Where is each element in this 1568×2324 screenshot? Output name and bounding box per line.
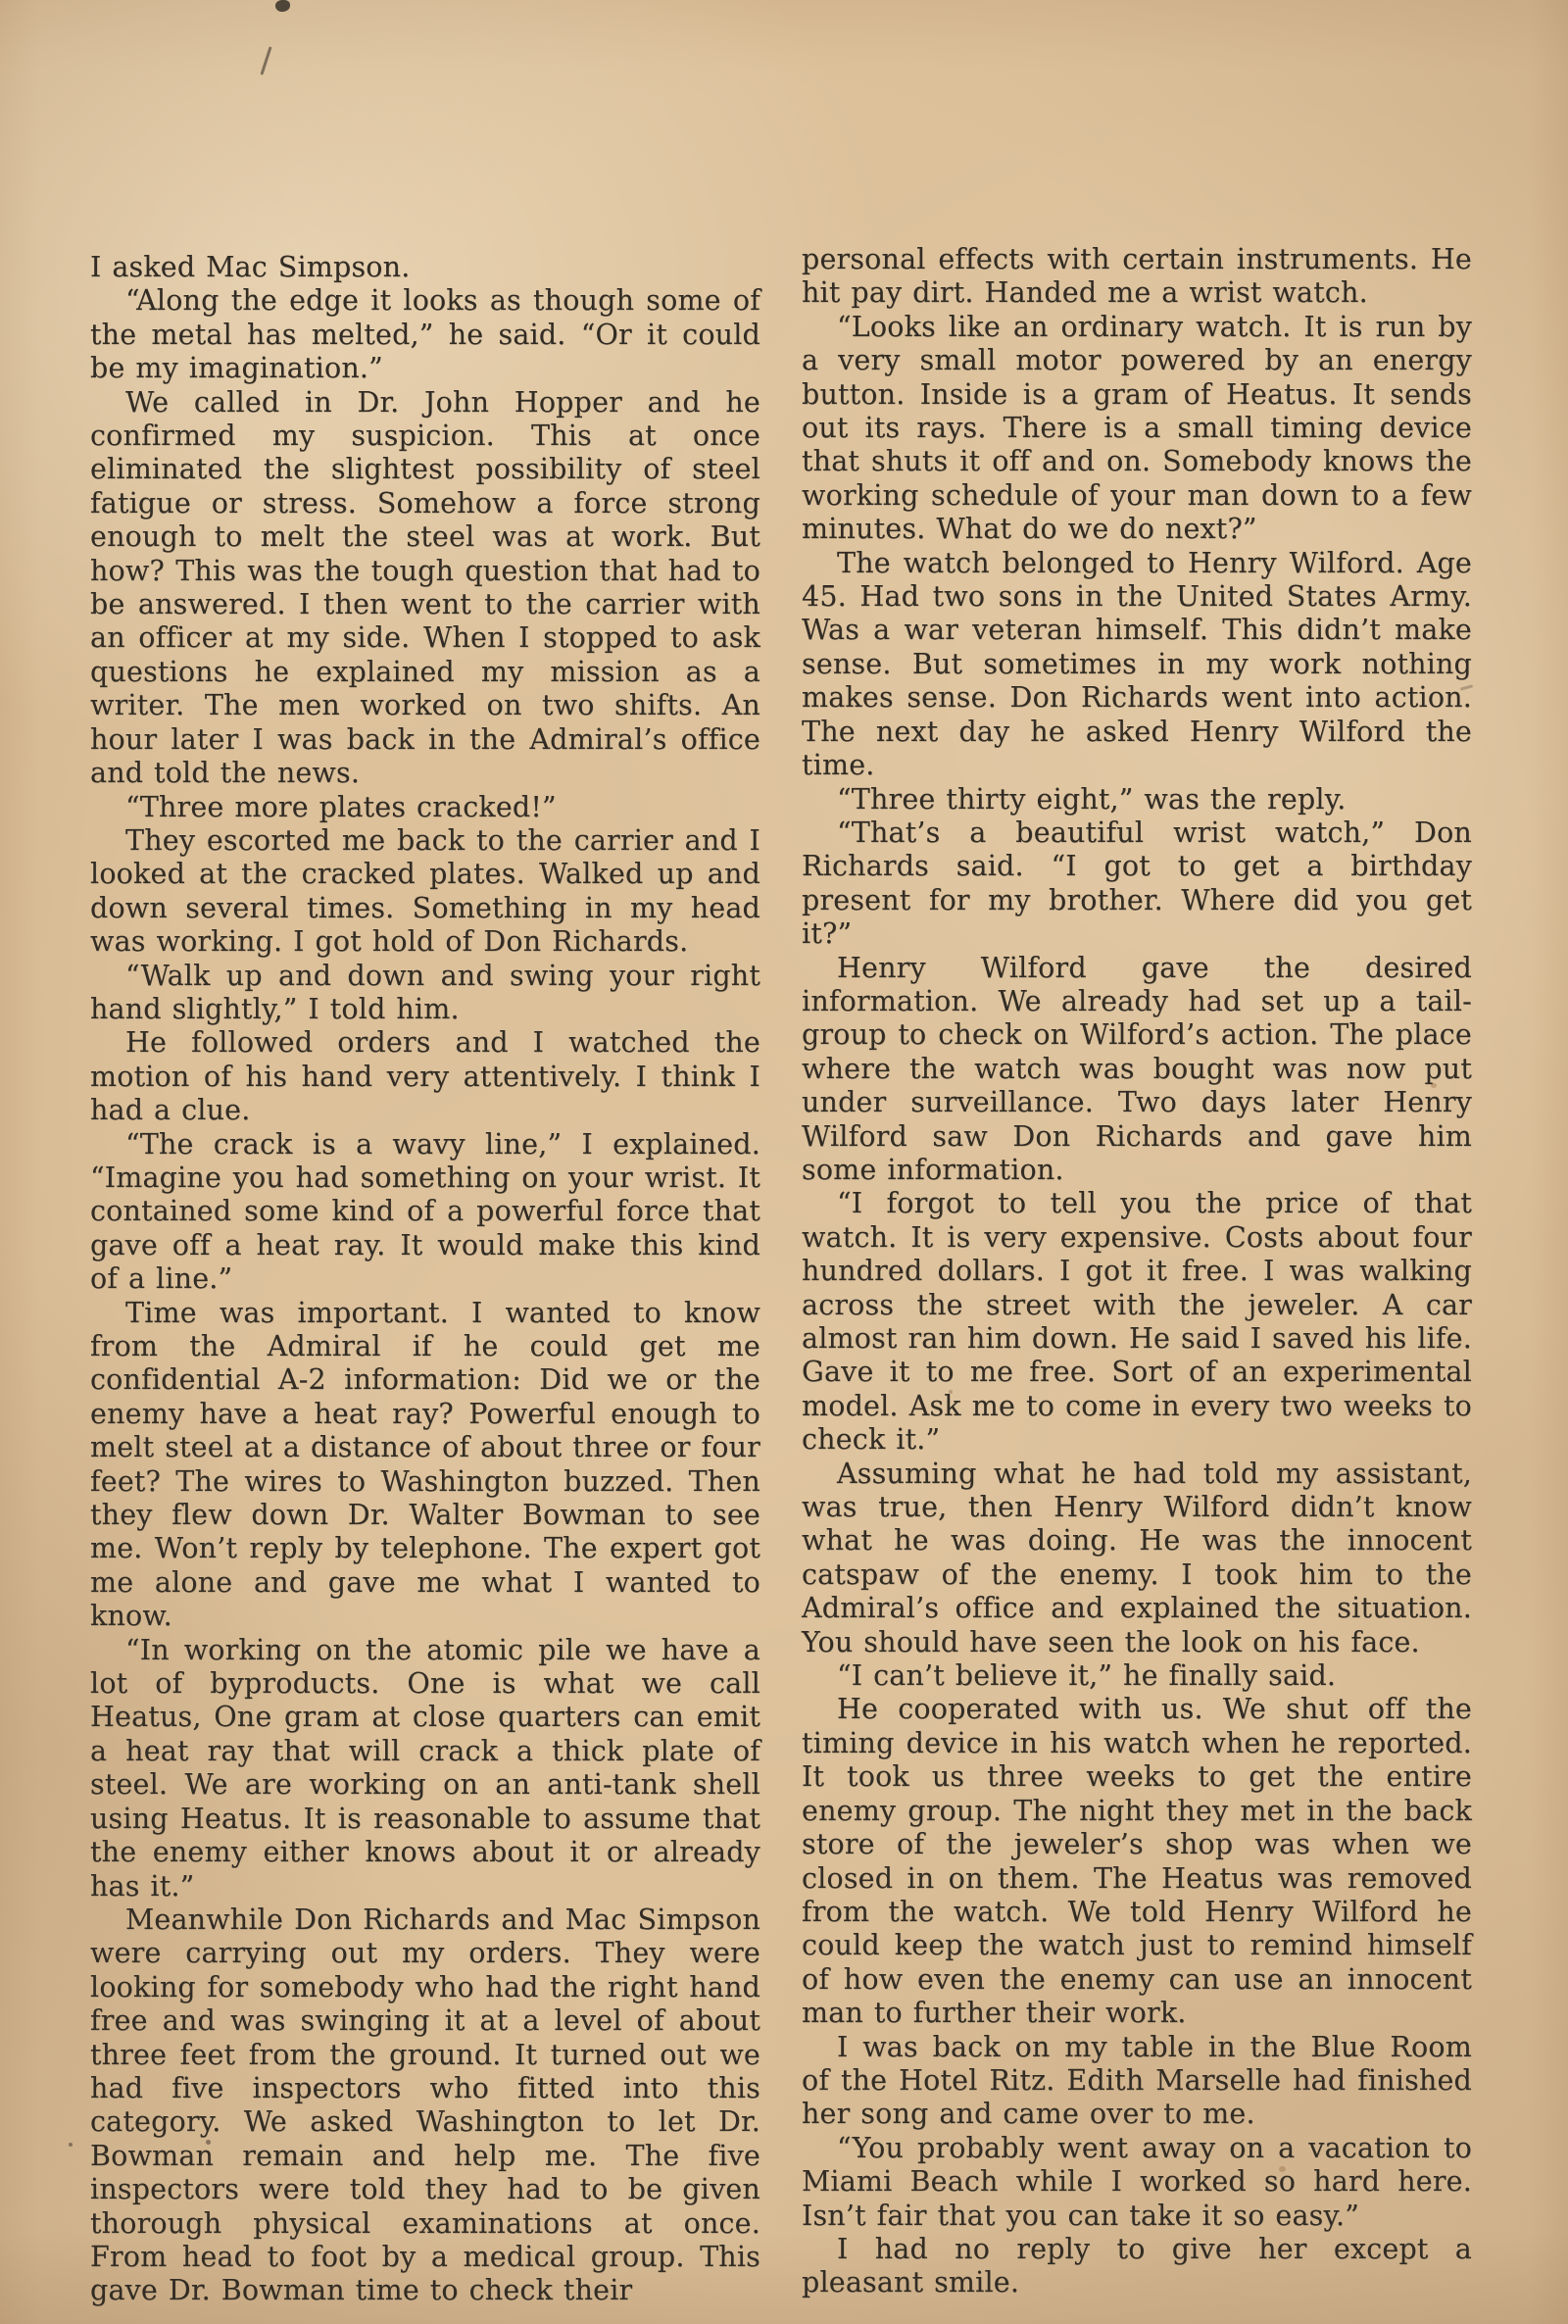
paragraph: I was back on my table in the Blue Room … [802,2031,1472,2132]
paragraph: “Along the edge it looks as though some … [90,284,760,385]
paragraph: They escorted me back to the carrier and… [90,824,760,960]
paragraph: “The crack is a wavy line,” I explained.… [90,1128,760,1297]
paragraph: He followed orders and I watched the mot… [90,1026,760,1127]
text-column-left: I asked Mac Simpson.“Along the edge it l… [90,251,760,2308]
paragraph: “That’s a beautiful wrist watch,” Don Ri… [802,816,1472,952]
paragraph: Meanwhile Don Richards and Mac Simpson w… [90,1904,760,2308]
paragraph: “In working on the atomic pile we have a… [90,1634,760,1904]
paragraph: Henry Wilford gave the desired informati… [802,952,1472,1188]
paragraph: The watch belonged to Henry Wilford. Age… [802,547,1472,783]
paragraph: He cooperated with us. We shut off the t… [802,1693,1472,2030]
paragraph: “I forgot to tell you the price of that … [802,1187,1472,1457]
paragraph: Assuming what he had told my assistant, … [802,1458,1472,1659]
paragraph: We called in Dr. John Hopper and he conf… [90,386,760,791]
paragraph: “You probably went away on a vacation to… [802,2132,1472,2233]
paragraph: I asked Mac Simpson. [90,251,760,284]
magazine-page: I asked Mac Simpson.“Along the edge it l… [0,0,1568,2324]
paragraph: “Three thirty eight,” was the reply. [802,783,1472,816]
ink-dot [69,2143,73,2147]
paragraph: personal effects with certain instrument… [802,243,1472,311]
paragraph: Time was important. I wanted to know fro… [90,1297,760,1634]
ink-blob [275,0,290,12]
paragraph: “Three more plates cracked!” [90,791,760,824]
paragraph: “Looks like an ordinary watch. It is run… [802,311,1472,547]
paragraph: I had no reply to give her except a plea… [802,2233,1472,2300]
paragraph: “Walk up and down and swing your right h… [90,960,760,1027]
text-column-right: personal effects with certain instrument… [802,243,1472,2300]
paragraph: “I can’t believe it,” he finally said. [802,1659,1472,1693]
pen-stroke [260,46,271,74]
